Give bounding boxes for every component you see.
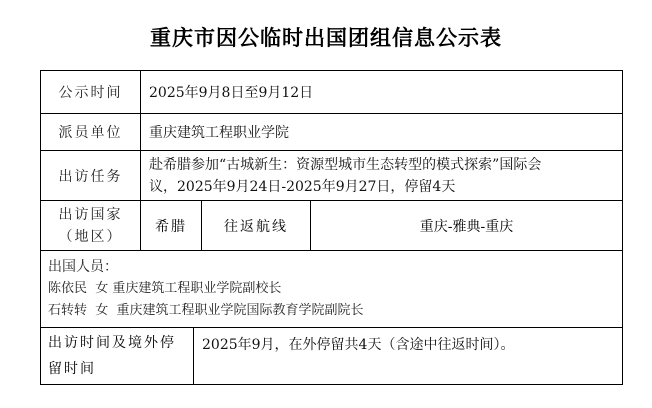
stay-value: 2025年9月，在外停留共4天（含途中往返时间）。	[194, 328, 622, 354]
personnel-member: 陈依民 女 重庆建筑工程职业学院副校长	[48, 278, 364, 300]
personnel-heading: 出国人员：	[48, 256, 364, 278]
mission-line: 议，2025年9月24日-2025年9月27日，停留4天	[149, 176, 455, 198]
route-label: 往返航线	[202, 201, 310, 250]
country-value: 希腊	[141, 201, 201, 250]
stay-label-line: 留时间	[48, 356, 96, 382]
mission-value: 赴希腊参加“古城新生：资源型城市生态转型的模式探索”国际会 议，2025年9月2…	[141, 151, 622, 200]
row-divider	[40, 250, 623, 251]
page-title: 重庆市因公临时出国团组信息公示表	[0, 22, 652, 52]
personnel-member: 石转转 女 重庆建筑工程职业学院国际教育学院副院长	[48, 300, 364, 322]
country-label-line: （地区）	[59, 226, 123, 248]
stay-label-line: 出访时间及境外停	[48, 330, 176, 356]
table-border-bottom	[40, 384, 623, 385]
mission-label: 出访任务	[41, 151, 140, 200]
dispatch-unit-value: 重庆建筑工程职业学院	[141, 114, 622, 150]
dispatch-unit-label: 派员单位	[41, 114, 140, 150]
mission-line: 赴希腊参加“古城新生：资源型城市生态转型的模式探索”国际会	[149, 154, 541, 176]
country-label-line: 出访国家	[59, 204, 123, 226]
table-border-right	[622, 70, 623, 385]
notice-period-value: 2025年9月8日至9月12日	[141, 71, 622, 113]
route-value: 重庆-雅典-重庆	[311, 201, 622, 250]
country-label: 出访国家 （地区）	[41, 201, 140, 250]
stay-label: 出访时间及境外停 留时间	[48, 328, 193, 384]
notice-period-label: 公示时间	[41, 71, 140, 113]
personnel-block: 出国人员： 陈依民 女 重庆建筑工程职业学院副校长 石转转 女 重庆建筑工程职业…	[48, 256, 364, 322]
